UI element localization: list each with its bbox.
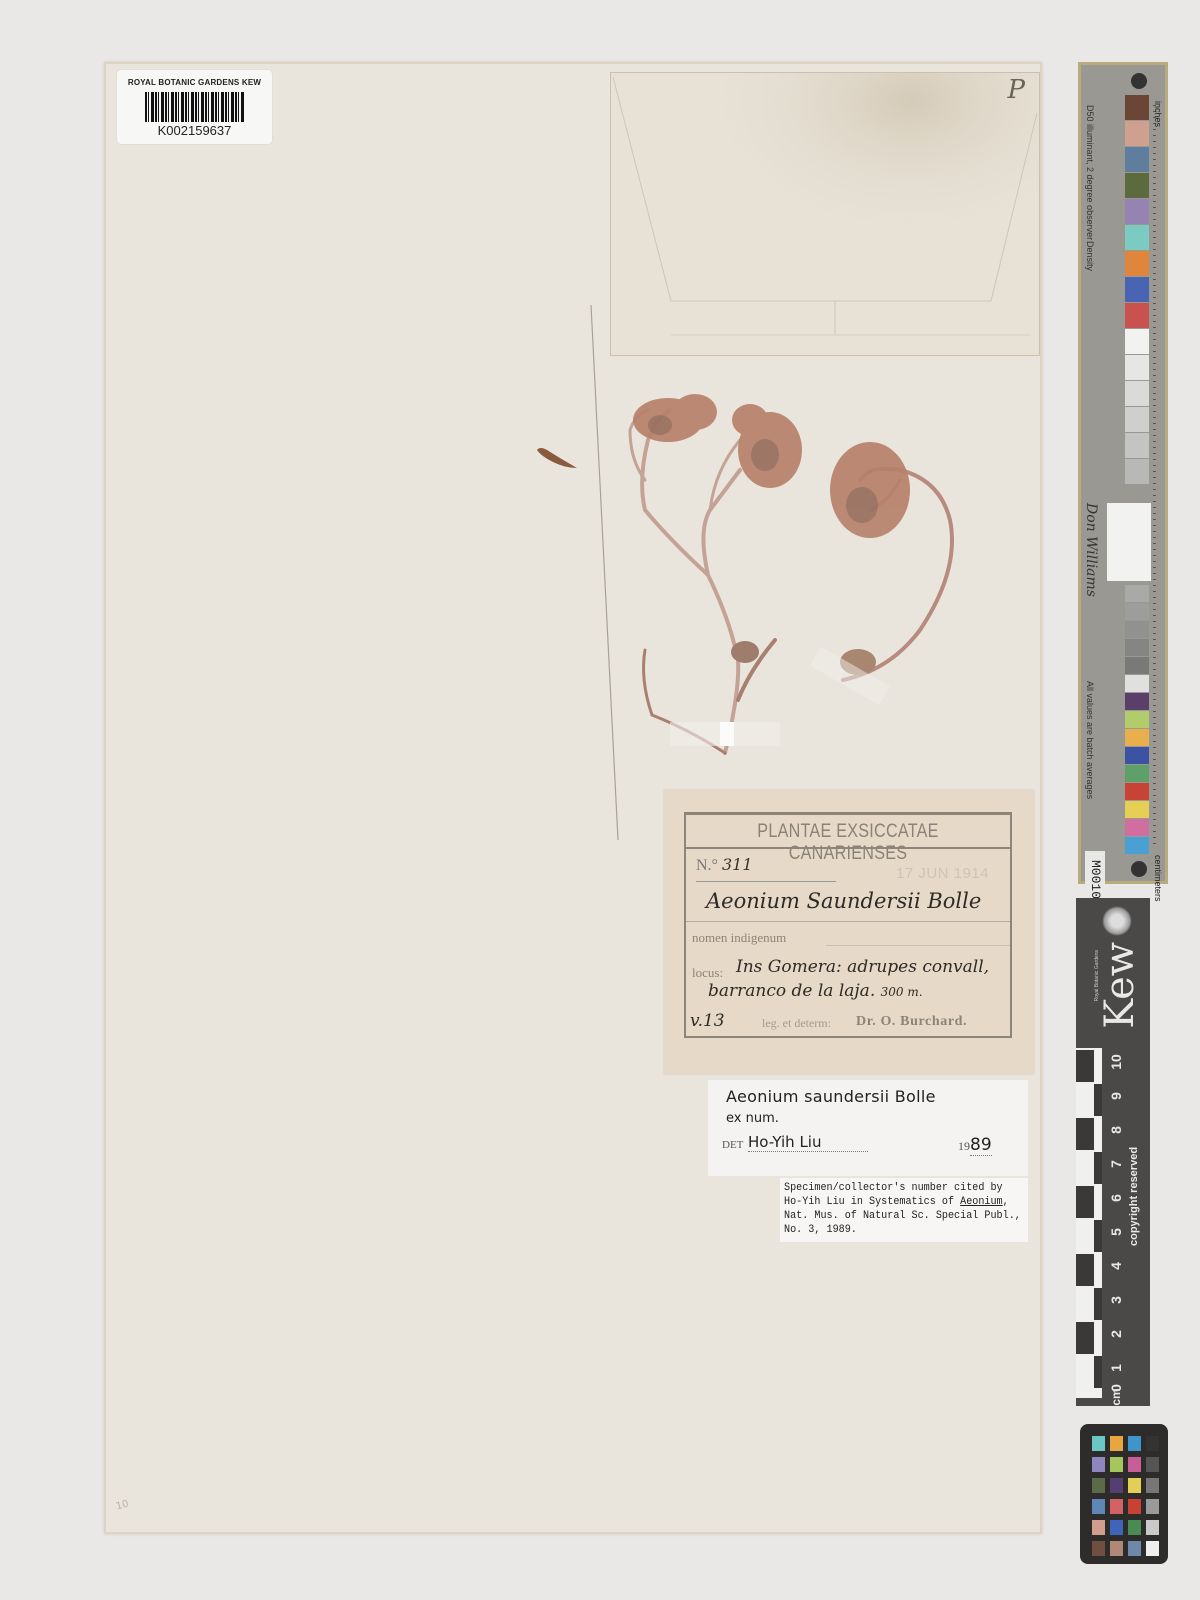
color-patch bbox=[1125, 459, 1149, 484]
color-patch bbox=[1125, 819, 1149, 836]
cm-number: 7 bbox=[1108, 1154, 1124, 1174]
color-patch bbox=[1125, 675, 1149, 692]
loose-leaf-fragment bbox=[535, 446, 585, 476]
batch-note: All values are batch averages bbox=[1085, 681, 1095, 799]
barcode-label: ROYAL BOTANIC GARDENS KEW K002159637 bbox=[117, 70, 272, 144]
packet-fold-lines bbox=[611, 73, 1039, 355]
taxon-qualifier: ex num. bbox=[726, 1111, 779, 1126]
color-swatch bbox=[1110, 1436, 1123, 1451]
color-patch bbox=[1125, 251, 1149, 276]
inch-scale bbox=[1153, 105, 1156, 845]
cm-segment bbox=[1076, 1186, 1094, 1218]
resolution-target bbox=[1107, 503, 1151, 581]
cm-segment bbox=[1094, 1152, 1102, 1184]
color-swatch bbox=[1092, 1478, 1105, 1493]
cm-segment bbox=[1094, 1220, 1102, 1252]
color-swatch bbox=[1092, 1541, 1105, 1556]
elevation: 300 m. bbox=[881, 985, 923, 999]
color-patch bbox=[1125, 147, 1149, 172]
packet-mark: P bbox=[1008, 75, 1026, 105]
color-patch bbox=[1125, 747, 1149, 764]
fragment-packet[interactable]: P bbox=[610, 72, 1040, 356]
plant-specimen bbox=[600, 370, 980, 770]
strip-brand: Don Williams bbox=[1083, 503, 1099, 597]
color-swatch bbox=[1146, 1499, 1159, 1514]
species-name: Aeonium Saundersii Bolle bbox=[706, 889, 981, 913]
density-label: Density bbox=[1085, 241, 1095, 271]
color-patch bbox=[1125, 433, 1149, 458]
strip-hole-top bbox=[1131, 73, 1147, 89]
color-swatch bbox=[1146, 1457, 1159, 1472]
kew-subtitle: Royal Botanic Gardens bbox=[1094, 950, 1100, 1001]
color-patch bbox=[1125, 585, 1149, 602]
scale-unit: cm bbox=[1109, 1387, 1123, 1407]
cm-number: 9 bbox=[1108, 1086, 1124, 1106]
color-patch bbox=[1125, 603, 1149, 620]
color-swatch bbox=[1128, 1520, 1141, 1535]
cm-number: 8 bbox=[1108, 1120, 1124, 1140]
color-patch bbox=[1125, 225, 1149, 250]
collection-number: N.° 311 bbox=[696, 855, 753, 875]
locality-line-2: barranco de la laja. 300 m. bbox=[708, 981, 923, 1001]
color-swatch bbox=[1110, 1541, 1123, 1556]
citation-text: Specimen/collector's number cited by Ho-… bbox=[784, 1181, 1021, 1237]
color-patch bbox=[1125, 121, 1149, 146]
color-patch bbox=[1125, 621, 1149, 638]
color-patch bbox=[1125, 329, 1149, 354]
determination-label: Aeonium saundersii Bolle ex num. DET Ho-… bbox=[708, 1080, 1028, 1176]
cm-segment bbox=[1094, 1288, 1102, 1320]
color-swatch bbox=[1092, 1436, 1105, 1451]
color-patch bbox=[1125, 729, 1149, 746]
color-swatch bbox=[1146, 1520, 1159, 1535]
collection-date: v.13 bbox=[690, 1011, 725, 1031]
color-swatch bbox=[1110, 1478, 1123, 1493]
cm-number: 3 bbox=[1108, 1290, 1124, 1310]
color-patch bbox=[1125, 711, 1149, 728]
color-patch bbox=[1125, 303, 1149, 328]
strip-hole-bottom bbox=[1131, 861, 1147, 877]
cm-scale bbox=[1076, 1048, 1102, 1398]
color-swatch bbox=[1128, 1478, 1141, 1493]
nomen-label: nomen indigenum bbox=[692, 930, 786, 946]
copyright-text: copyright reserved bbox=[1128, 1046, 1140, 1246]
color-swatch bbox=[1146, 1541, 1159, 1556]
color-swatch bbox=[1128, 1541, 1141, 1556]
cm-number: 6 bbox=[1108, 1188, 1124, 1208]
color-patch bbox=[1125, 381, 1149, 406]
color-swatch bbox=[1092, 1520, 1105, 1535]
color-swatch bbox=[1146, 1478, 1159, 1493]
determined-taxon: Aeonium saundersii Bolle bbox=[726, 1087, 936, 1106]
cm-segment bbox=[1094, 1084, 1102, 1116]
color-patch bbox=[1125, 783, 1149, 800]
color-swatch bbox=[1092, 1457, 1105, 1472]
det-prefix: DET bbox=[722, 1139, 743, 1151]
kew-logo: Kew bbox=[1100, 942, 1140, 1029]
cm-segment bbox=[1094, 1356, 1102, 1388]
leg-label: leg. et determ: bbox=[762, 1016, 831, 1031]
color-swatch bbox=[1128, 1499, 1141, 1514]
determination-year: 1989 bbox=[958, 1135, 992, 1155]
color-swatch bbox=[1146, 1436, 1159, 1451]
illuminant-note: D50 illuminant, 2 degree observer bbox=[1085, 105, 1095, 240]
color-swatch bbox=[1128, 1457, 1141, 1472]
unit-centimeters: centimeters bbox=[1153, 855, 1163, 902]
institution-name: ROYAL BOTANIC GARDENS KEW bbox=[117, 78, 272, 87]
color-checker-card bbox=[1080, 1424, 1168, 1564]
color-patch bbox=[1125, 639, 1149, 656]
cm-number: 5 bbox=[1108, 1222, 1124, 1242]
cm-number: 4 bbox=[1108, 1256, 1124, 1276]
color-patch bbox=[1125, 277, 1149, 302]
color-patch bbox=[1125, 765, 1149, 782]
cm-segment bbox=[1076, 1118, 1094, 1150]
cm-segment bbox=[1076, 1254, 1094, 1286]
unit-inches: inches bbox=[1153, 101, 1163, 127]
color-patch bbox=[1125, 693, 1149, 710]
color-calibration-strip: D50 illuminant, 2 degree observer Densit… bbox=[1078, 62, 1168, 884]
color-swatch bbox=[1110, 1457, 1123, 1472]
color-patch bbox=[1125, 355, 1149, 380]
color-patch bbox=[1125, 657, 1149, 674]
locus-label: locus: bbox=[692, 965, 723, 981]
collector-label: PLANTAE EXSICCATAE CANARIENSES N.° 311 1… bbox=[664, 790, 1034, 1074]
color-patch bbox=[1125, 95, 1149, 120]
barcode-number: K002159637 bbox=[117, 123, 272, 138]
color-patch bbox=[1125, 801, 1149, 818]
color-patch bbox=[1125, 837, 1149, 854]
color-swatch bbox=[1128, 1436, 1141, 1451]
citation-label: Specimen/collector's number cited by Ho-… bbox=[780, 1178, 1028, 1242]
determiner-name: Ho-Yih Liu bbox=[748, 1133, 868, 1152]
cm-number: 10 bbox=[1108, 1052, 1124, 1072]
color-swatch bbox=[1110, 1499, 1123, 1514]
collector-name: Dr. O. Burchard. bbox=[856, 1014, 967, 1030]
cm-number: 1 bbox=[1108, 1358, 1124, 1378]
cm-segment bbox=[1076, 1050, 1094, 1082]
locality-line-1: Ins Gomera: adrupes convall, bbox=[736, 957, 989, 977]
color-swatch bbox=[1110, 1520, 1123, 1535]
kew-scale-ruler: Kew Royal Botanic Gardens 12345678910 co… bbox=[1076, 898, 1150, 1406]
cm-number: 2 bbox=[1108, 1324, 1124, 1344]
barcode-icon bbox=[145, 92, 245, 122]
date-stamp: 17 JUN 1914 bbox=[896, 865, 989, 882]
color-swatch bbox=[1092, 1499, 1105, 1514]
color-patch bbox=[1125, 173, 1149, 198]
color-patch bbox=[1125, 407, 1149, 432]
cm-segment bbox=[1076, 1322, 1094, 1354]
kew-crest-icon bbox=[1102, 906, 1132, 936]
color-patch bbox=[1125, 199, 1149, 224]
